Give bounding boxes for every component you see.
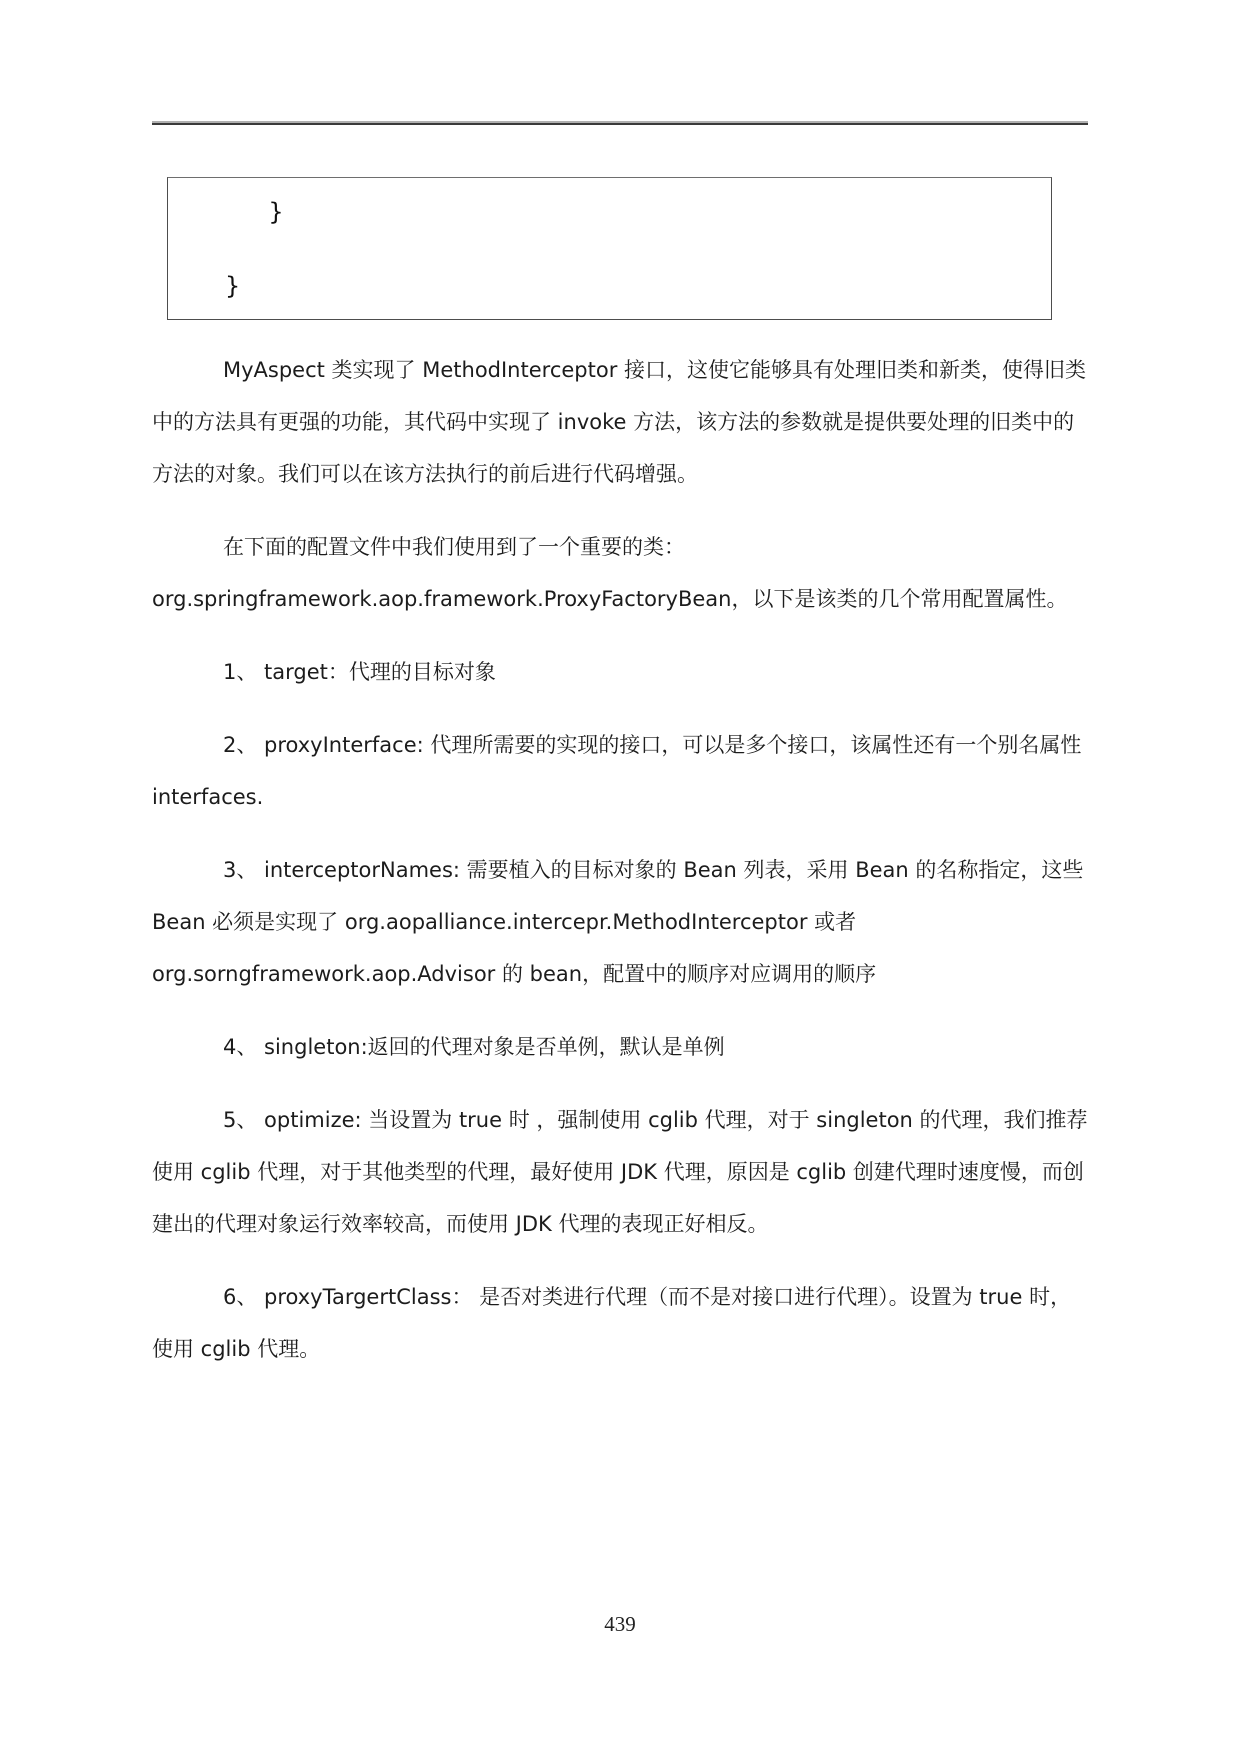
property-item-optimize: 5、 optimize: 当设置为 true 时 ，强制使用 cglib 代理，… <box>152 1094 1088 1250</box>
page-number: 439 <box>0 1612 1240 1637</box>
paragraph-myaspect-description: MyAspect 类实现了 MethodInterceptor 接口，这使它能够… <box>152 344 1088 500</box>
property-item-proxyinterface: 2、 proxyInterface: 代理所需要的实现的接口，可以是多个接口，该… <box>152 719 1088 823</box>
document-page: } } MyAspect 类实现了 MethodInterceptor 接口，这… <box>0 0 1240 1753</box>
code-block: } } <box>167 177 1052 320</box>
property-item-singleton: 4、 singleton:返回的代理对象是否单例，默认是单例 <box>152 1021 1088 1073</box>
paragraph-proxyfactorybean-intro: 在下面的配置文件中我们使用到了一个重要的类：org.springframewor… <box>152 521 1088 625</box>
page-content: } } MyAspect 类实现了 MethodInterceptor 接口，这… <box>152 121 1088 1375</box>
property-item-interceptornames: 3、 interceptorNames: 需要植入的目标对象的 Bean 列表，… <box>152 844 1088 1000</box>
property-item-target: 1、 target：代理的目标对象 <box>152 646 1088 698</box>
header-rule <box>152 121 1088 125</box>
property-item-proxytargetclass: 6、 proxyTargertClass： 是否对类进行代理（而不是对接口进行代… <box>152 1271 1088 1375</box>
